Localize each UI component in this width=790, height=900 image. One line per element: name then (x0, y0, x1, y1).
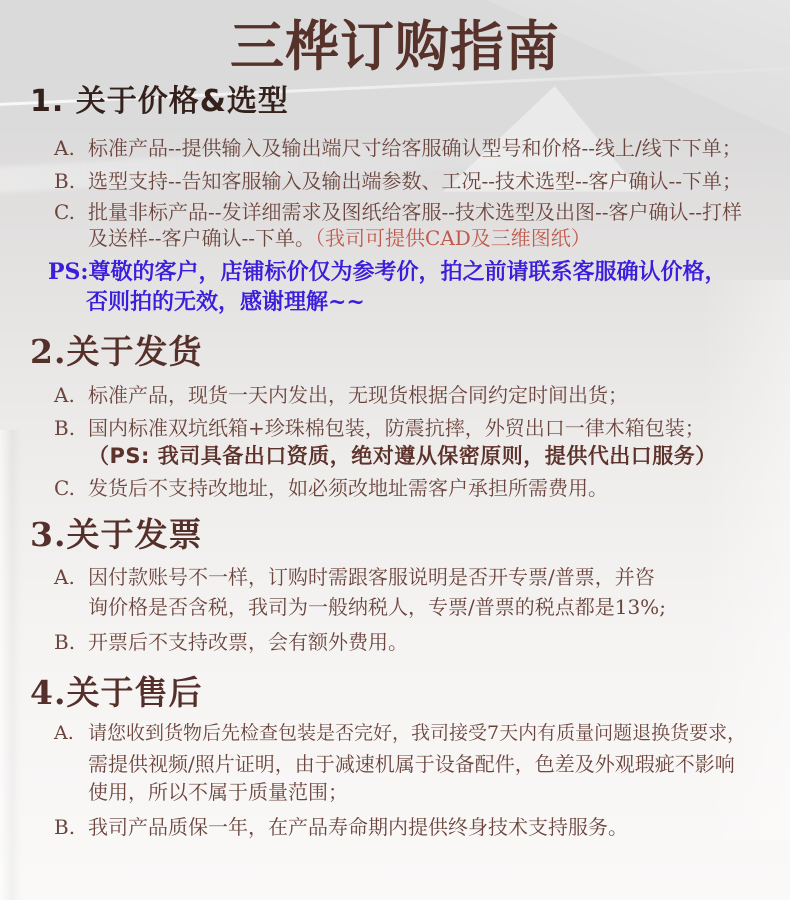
item-3a-text-line2: 询价格是否含税，我司为一般纳税人，专票/普票的税点都是13%; (0, 595, 790, 619)
item-1a-label: A. (54, 136, 88, 160)
item-3b-label: B. (54, 630, 88, 654)
item-1b-label: B. (54, 169, 88, 193)
item-3a-text-line1: 因付款账号不一样，订购时需跟客服说明是否开专票/普票，并咨 (88, 565, 655, 589)
cad-drawing-note: （我司可提供CAD及三维图纸） (315, 226, 591, 250)
item-4a-label: A. (54, 721, 88, 745)
section-4-heading: 4.关于售后 (30, 675, 790, 711)
price-confirmation-ps-line2: 否则拍的无效，感谢理解~~ (0, 288, 790, 316)
list-item-1c: C.批量非标产品--发详细需求及图纸给客服--技术选型及出图--客户确认--打样 (0, 200, 790, 224)
item-2b-text-line1: 国内标准双坑纸箱+珍珠棉包装，防震抗摔，外贸出口一律木箱包装； (88, 416, 705, 440)
item-3b-text: 开票后不支持改票，会有额外费用。 (88, 630, 408, 654)
list-item-1b: B.选型支持--告知客服输入及输出端参数、工况--技术选型--客户确认--下单； (0, 169, 790, 193)
item-4b-text: 我司产品质保一年，在产品寿命期内提供终身技术支持服务。 (88, 815, 628, 839)
section-3-heading: 3.关于发票 (30, 517, 790, 553)
item-4b-label: B. (54, 815, 88, 839)
list-item-3a: A.因付款账号不一样，订购时需跟客服说明是否开专票/普票，并咨 (0, 565, 790, 589)
item-4a-text-line1: 请您收到货物后先检查包装是否完好，我司接受7天内有质量问题退换货要求， (88, 722, 746, 744)
list-item-3b: B.开票后不支持改票，会有额外费用。 (0, 630, 790, 654)
list-item-2b: B.国内标准双坑纸箱+珍珠棉包装，防震抗摔，外贸出口一律木箱包装； (0, 416, 790, 440)
list-item-1a: A.标准产品--提供输入及输出端尺寸给客服确认型号和价格--线上/线下下单； (0, 136, 790, 160)
item-1a-text: 标准产品--提供输入及输出端尺寸给客服确认型号和价格--线上/线下下单； (88, 136, 742, 160)
section-2-heading: 2.关于发货 (30, 334, 790, 370)
order-guide-document: 三桦订购指南 1. 关于价格&选型 A.标准产品--提供输入及输出端尺寸给客服确… (0, 14, 790, 839)
list-item-1c-line2: 及送样--客户确认--下单。（我司可提供CAD及三维图纸） (0, 226, 790, 250)
export-qualification-note: （PS: 我司具备出口资质，绝对遵从保密原则，提供代出口服务） (0, 443, 790, 469)
item-4a-text-line3: 使用，所以不属于质量范围； (0, 780, 790, 804)
item-1c-label: C. (54, 200, 88, 224)
page-title: 三桦订购指南 (0, 14, 790, 78)
item-2a-text: 标准产品，现货一天内发出，无现货根据合同约定时间出货； (88, 383, 628, 407)
list-item-4a: A.请您收到货物后先检查包装是否完好，我司接受7天内有质量问题退换货要求， (0, 721, 790, 745)
item-3a-label: A. (54, 565, 88, 589)
item-2a-label: A. (54, 383, 88, 407)
item-2b-label: B. (54, 416, 88, 440)
item-1c-text-line2: 及送样--客户确认--下单。 (88, 226, 315, 250)
item-1b-text: 选型支持--告知客服输入及输出端参数、工况--技术选型--客户确认--下单； (88, 169, 742, 193)
list-item-2c: C.发货后不支持改地址，如必须改地址需客户承担所需费用。 (0, 476, 790, 500)
item-1c-text-line1: 批量非标产品--发详细需求及图纸给客服--技术选型及出图--客户确认--打样 (88, 200, 742, 224)
price-confirmation-ps-line1: PS:尊敬的客户，店铺标价仅为参考价，拍之前请联系客服确认价格， (0, 258, 790, 286)
item-2c-text: 发货后不支持改地址，如必须改地址需客户承担所需费用。 (88, 476, 608, 500)
list-item-2a: A.标准产品，现货一天内发出，无现货根据合同约定时间出货； (0, 383, 790, 407)
list-item-4b: B.我司产品质保一年，在产品寿命期内提供终身技术支持服务。 (0, 815, 790, 839)
item-2c-label: C. (54, 476, 88, 500)
item-4a-text-line2: 需提供视频/照片证明，由于减速机属于设备配件，色差及外观瑕疵不影响 (0, 752, 790, 776)
section-1-heading: 1. 关于价格&选型 (30, 86, 790, 118)
